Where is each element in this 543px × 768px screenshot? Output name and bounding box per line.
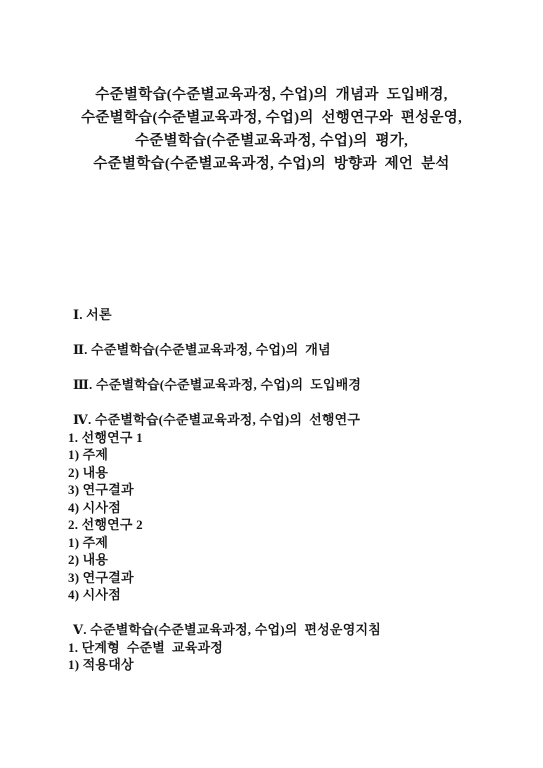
title-line: 수준별학습(수준별교육과정, 수업)의 선행연구와 편성운영,	[0, 107, 543, 130]
toc-item: 1. 단계형 수준별 교육과정	[68, 639, 519, 657]
toc-item: 2. 선행연구 2	[68, 516, 519, 534]
toc-item: 1) 주제	[68, 446, 519, 464]
toc-item: 1) 주제	[68, 534, 519, 552]
document-title: 수준별학습(수준별교육과정, 수업)의 개념과 도입배경, 수준별학습(수준별교…	[0, 84, 543, 176]
toc-item: 2) 내용	[68, 464, 519, 482]
title-line: 수준별학습(수준별교육과정, 수업)의 개념과 도입배경,	[0, 84, 543, 107]
toc-item: 3) 연구결과	[68, 569, 519, 587]
document-page: 수준별학습(수준별교육과정, 수업)의 개념과 도입배경, 수준별학습(수준별교…	[0, 0, 543, 768]
toc-section-operation-guideline: Ⅴ. 수준별학습(수준별교육과정, 수업)의 편성운영지침	[68, 621, 519, 639]
toc-section-intro: Ⅰ. 서론	[68, 306, 519, 324]
toc-section-concept: Ⅱ. 수준별학습(수준별교육과정, 수업)의 개념	[68, 341, 519, 359]
toc-item: 1) 적용대상	[68, 656, 519, 674]
toc-item: 4) 시사점	[68, 586, 519, 604]
toc-section-background: Ⅲ. 수준별학습(수준별교육과정, 수업)의 도입배경	[68, 376, 519, 394]
toc-item: 1. 선행연구 1	[68, 429, 519, 447]
toc-item: 2) 내용	[68, 551, 519, 569]
toc-section-prior-research: Ⅳ. 수준별학습(수준별교육과정, 수업)의 선행연구	[68, 411, 519, 429]
title-line: 수준별학습(수준별교육과정, 수업)의 방향과 제언 분석	[0, 153, 543, 176]
title-line: 수준별학습(수준별교육과정, 수업)의 평가,	[0, 130, 543, 153]
toc-item: 3) 연구결과	[68, 481, 519, 499]
table-of-contents: Ⅰ. 서론 Ⅱ. 수준별학습(수준별교육과정, 수업)의 개념 Ⅲ. 수준별학습…	[68, 306, 519, 674]
toc-item: 4) 시사점	[68, 499, 519, 517]
